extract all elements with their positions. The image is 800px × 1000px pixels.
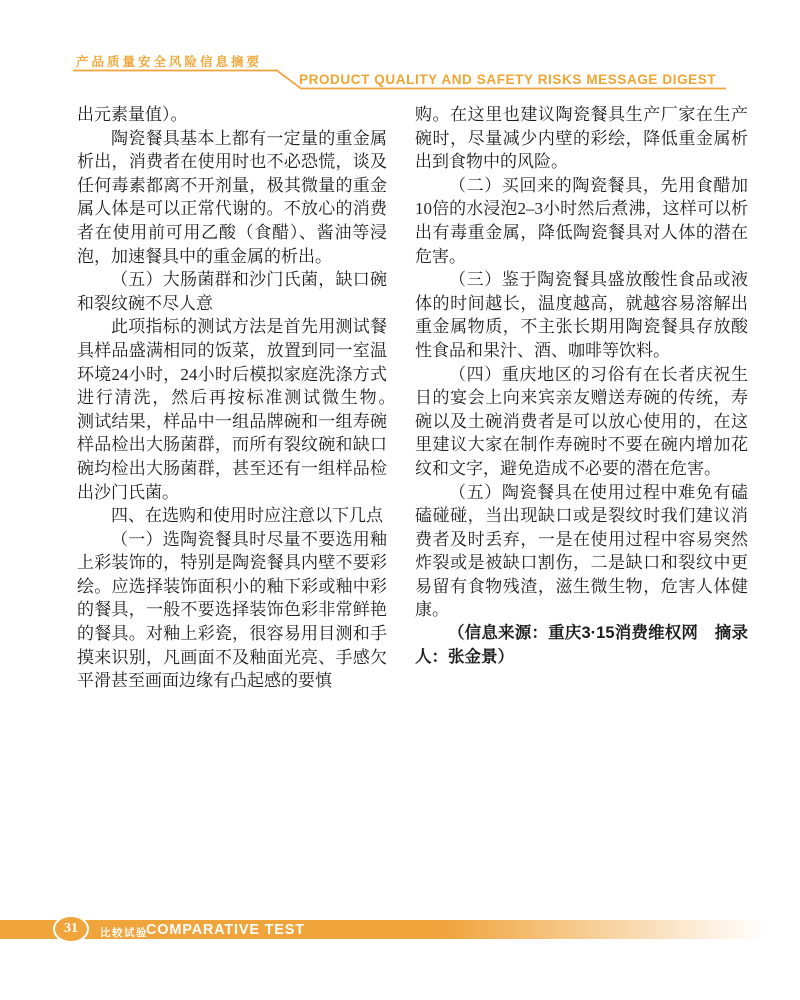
paragraph: 出元素量值）。 [77, 103, 387, 127]
paragraph: （一）选陶瓷餐具时尽量不要选用釉上彩装饰的，特别是陶瓷餐具内壁不要彩绘。应选择装… [77, 528, 387, 693]
paragraph: （二）买回来的陶瓷餐具，先用食醋加10倍的水浸泡2–3小时然后煮沸，这样可以析出… [415, 174, 748, 268]
header-title-en: PRODUCT QUALITY AND SAFETY RISKS MESSAGE… [299, 72, 716, 87]
footer-section-title-en: COMPARATIVE TEST [146, 922, 305, 938]
paragraph: （四）重庆地区的习俗有在长者庆祝生日的宴会上向来宾亲友赠送寿碗的传统，寿碗以及土… [415, 363, 748, 481]
paragraph: （五）陶瓷餐具在使用过程中难免有磕磕碰碰，当出现缺口或是裂纹时我们建议消费者及时… [415, 481, 748, 623]
footer-section-title-zh: 比较试验 [100, 925, 148, 940]
paragraph: 购。在这里也建议陶瓷餐具生产厂家在生产碗时，尽量减少内壁的彩绘，降低重金属析出到… [415, 103, 748, 174]
page-number: 31 [64, 922, 78, 936]
article-column-left: 出元素量值）。陶瓷餐具基本上都有一定量的重金属析出，消费者在使用时也不必恐慌，谈… [77, 103, 387, 693]
page-number-badge: 31 [53, 915, 89, 943]
paragraph: （五）大肠菌群和沙门氏菌，缺口碗和裂纹碗不尽人意 [77, 268, 387, 315]
paragraph: 陶瓷餐具基本上都有一定量的重金属析出，消费者在使用时也不必恐慌，谈及任何毒素都离… [77, 127, 387, 269]
paragraph: （信息来源：重庆3·15消费维权网 摘录人：张金景） [415, 622, 748, 669]
paragraph: （三）鉴于陶瓷餐具盛放酸性食品或液体的时间越长，温度越高，就越容易溶解出重金属物… [415, 268, 748, 362]
paragraph: 四、在选购和使用时应注意以下几点 [77, 504, 387, 528]
article-column-right: 购。在这里也建议陶瓷餐具生产厂家在生产碗时，尽量减少内壁的彩绘，降低重金属析出到… [415, 103, 748, 669]
paragraph: 此项指标的测试方法是首先用测试餐具样品盛满相同的饭菜，放置到同一室温环境24小时… [77, 315, 387, 504]
